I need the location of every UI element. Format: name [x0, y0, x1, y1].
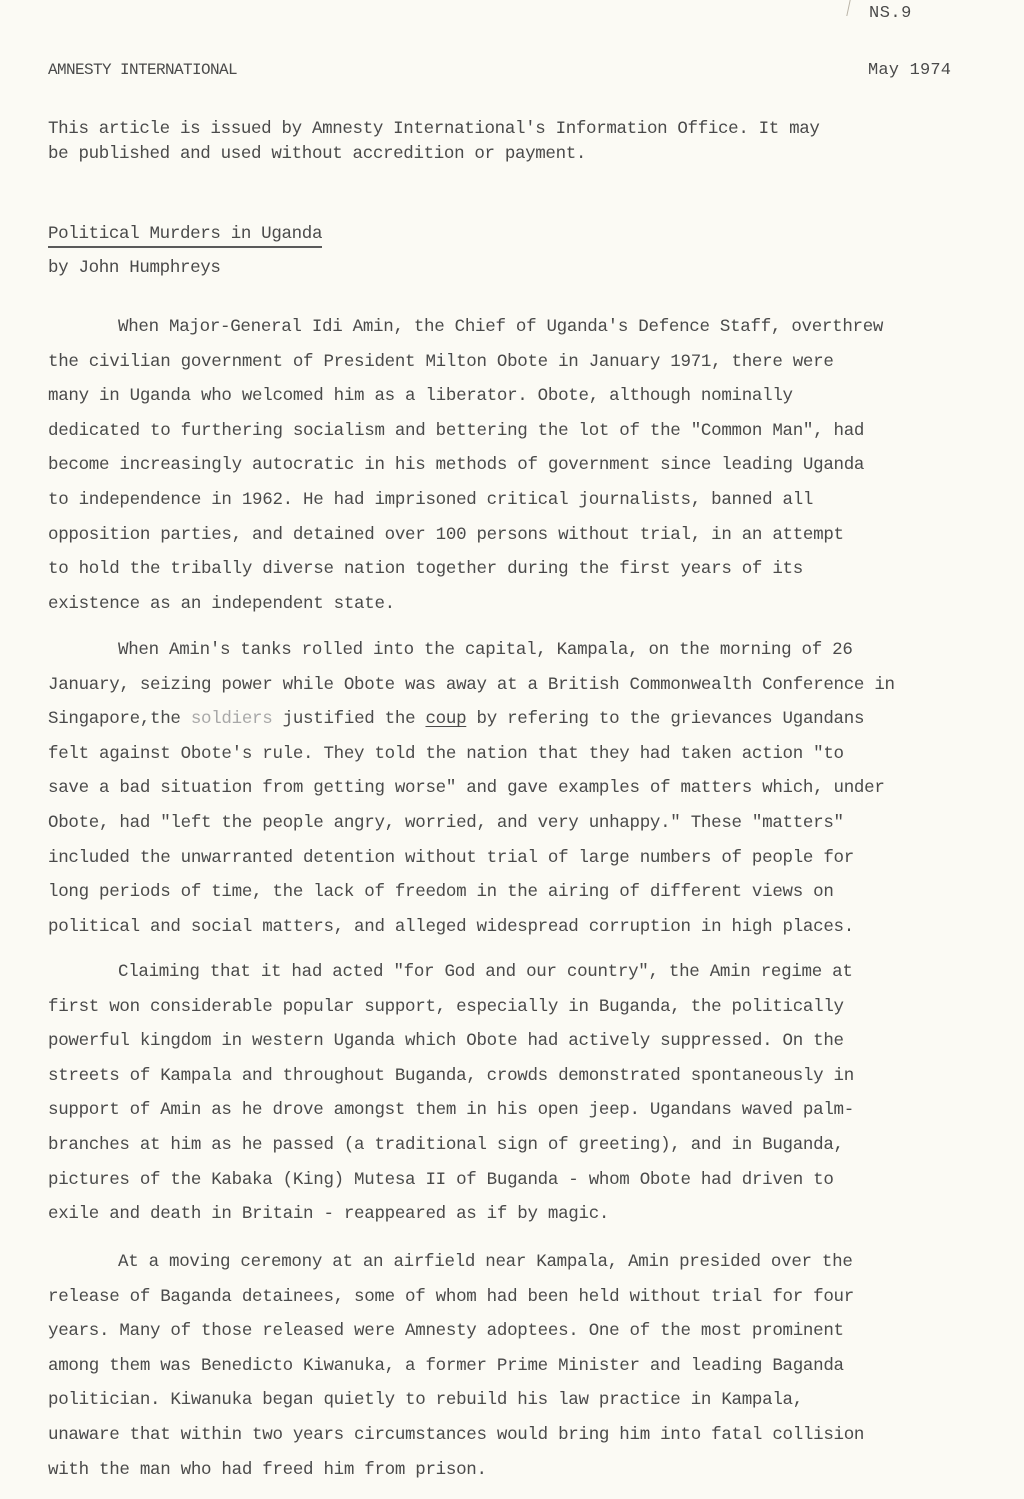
paragraph-3-text: Claiming that it had acted "for God and …	[48, 955, 983, 1232]
paragraph-2-rest: felt against Obote's rule. They told the…	[48, 744, 885, 937]
paragraph-2-line-3-start: Singapore,the	[48, 709, 191, 729]
paragraph-2: When Amin's tanks rolled into the capita…	[48, 633, 983, 944]
paragraph-4-text: At a moving ceremony at an airfield near…	[48, 1245, 983, 1487]
article-byline: by John Humphreys	[48, 258, 221, 278]
paragraph-4: At a moving ceremony at an airfield near…	[48, 1245, 983, 1487]
paragraph-2-line-3-end: by refering to the grievances Ugandans	[466, 709, 864, 729]
underlined-word-coup: coup	[425, 709, 466, 729]
paragraph-3: Claiming that it had acted "for God and …	[48, 955, 983, 1232]
publication-notice: This article is issued by Amnesty Intern…	[48, 117, 948, 167]
document-date: May 1974	[868, 61, 951, 80]
pen-mark	[846, 0, 856, 16]
document-reference: NS.9	[869, 4, 912, 23]
article-title: Political Murders in Uganda	[48, 224, 322, 248]
document-page: NS.9 AMNESTY INTERNATIONAL May 1974 This…	[0, 0, 1024, 1499]
faded-word: soldiers	[191, 709, 273, 729]
paragraph-2-line-1: When Amin's tanks rolled into the capita…	[118, 640, 853, 660]
paragraph-2-line-3-mid: justified the	[272, 709, 425, 729]
paragraph-1-text: When Major-General Idi Amin, the Chief o…	[48, 310, 983, 621]
paragraph-2-text: When Amin's tanks rolled into the capita…	[48, 633, 983, 944]
organization-name: AMNESTY INTERNATIONAL	[48, 61, 237, 79]
paragraph-1: When Major-General Idi Amin, the Chief o…	[48, 310, 983, 621]
paragraph-2-line-2: January, seizing power while Obote was a…	[48, 675, 895, 695]
